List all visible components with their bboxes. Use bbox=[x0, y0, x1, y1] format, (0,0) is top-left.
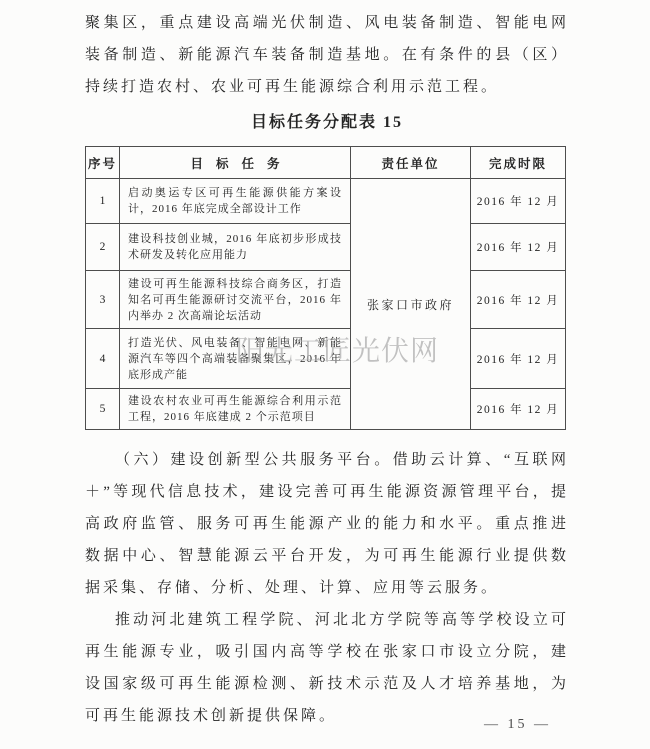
row-deadline: 2016 年 12 月 bbox=[471, 224, 566, 271]
column-header-deadline: 完成时限 bbox=[471, 147, 566, 179]
table-row: 5 建设农村农业可再生能源综合利用示范工程，2016 年底建成 2 个示范项目 … bbox=[86, 389, 566, 430]
paragraph-section-six: （六）建设创新型公共服务平台。借助云计算、“互联网＋”等现代信息技术，建设完善可… bbox=[85, 444, 569, 604]
table-header-row: 序号 目标任务 责任单位 完成时限 bbox=[86, 147, 566, 179]
page-number: — 15 — bbox=[484, 717, 551, 733]
row-task: 建设农村农业可再生能源综合利用示范工程，2016 年底建成 2 个示范项目 bbox=[120, 389, 351, 430]
column-header-seq: 序号 bbox=[86, 147, 120, 179]
responsible-unit-cell: 张家口市政府 bbox=[351, 179, 471, 430]
row-task: 建设科技创业城，2016 年底初步形成技术研发及转化应用能力 bbox=[120, 224, 351, 271]
row-deadline: 2016 年 12 月 bbox=[471, 271, 566, 329]
column-header-unit: 责任单位 bbox=[351, 147, 471, 179]
column-header-task: 目标任务 bbox=[120, 147, 351, 179]
task-assignment-table: 序号 目标任务 责任单位 完成时限 1 启动奥运专区可再生能源供能方案设计，20… bbox=[85, 146, 566, 430]
row-deadline: 2016 年 12 月 bbox=[471, 179, 566, 224]
table-row: 2 建设科技创业城，2016 年底初步形成技术研发及转化应用能力 2016 年 … bbox=[86, 224, 566, 271]
row-seq: 3 bbox=[86, 271, 120, 329]
row-seq: 2 bbox=[86, 224, 120, 271]
row-seq: 1 bbox=[86, 179, 120, 224]
table-row: 1 启动奥运专区可再生能源供能方案设计，2016 年底完成全部设计工作 张家口市… bbox=[86, 179, 566, 224]
row-task: 建设可再生能源科技综合商务区，打造知名可再生能源研讨交流平台，2016 年内举办… bbox=[120, 271, 351, 329]
row-seq: 4 bbox=[86, 329, 120, 389]
row-task: 打造光伏、风电装备、智能电网、新能源汽车等四个高端装备聚集区，2016 年底形成… bbox=[120, 329, 351, 389]
table-title: 目标任务分配表 15 bbox=[85, 111, 569, 135]
document-page: 聚集区，重点建设高端光伏制造、风电装备制造、智能电网装备制造、新能源汽车装备制造… bbox=[0, 0, 650, 749]
row-deadline: 2016 年 12 月 bbox=[471, 329, 566, 389]
row-deadline: 2016 年 12 月 bbox=[471, 389, 566, 430]
table-row: 3 建设可再生能源科技综合商务区，打造知名可再生能源研讨交流平台，2016 年内… bbox=[86, 271, 566, 329]
table-row: 4 打造光伏、风电装备、智能电网、新能源汽车等四个高端装备聚集区，2016 年底… bbox=[86, 329, 566, 389]
paragraph-continuation: 聚集区，重点建设高端光伏制造、风电装备制造、智能电网装备制造、新能源汽车装备制造… bbox=[85, 0, 569, 103]
row-seq: 5 bbox=[86, 389, 120, 430]
paragraph-education: 推动河北建筑工程学院、河北北方学院等高等学校设立可再生能源专业，吸引国内高等学校… bbox=[85, 604, 569, 732]
row-task: 启动奥运专区可再生能源供能方案设计，2016 年底完成全部设计工作 bbox=[120, 179, 351, 224]
